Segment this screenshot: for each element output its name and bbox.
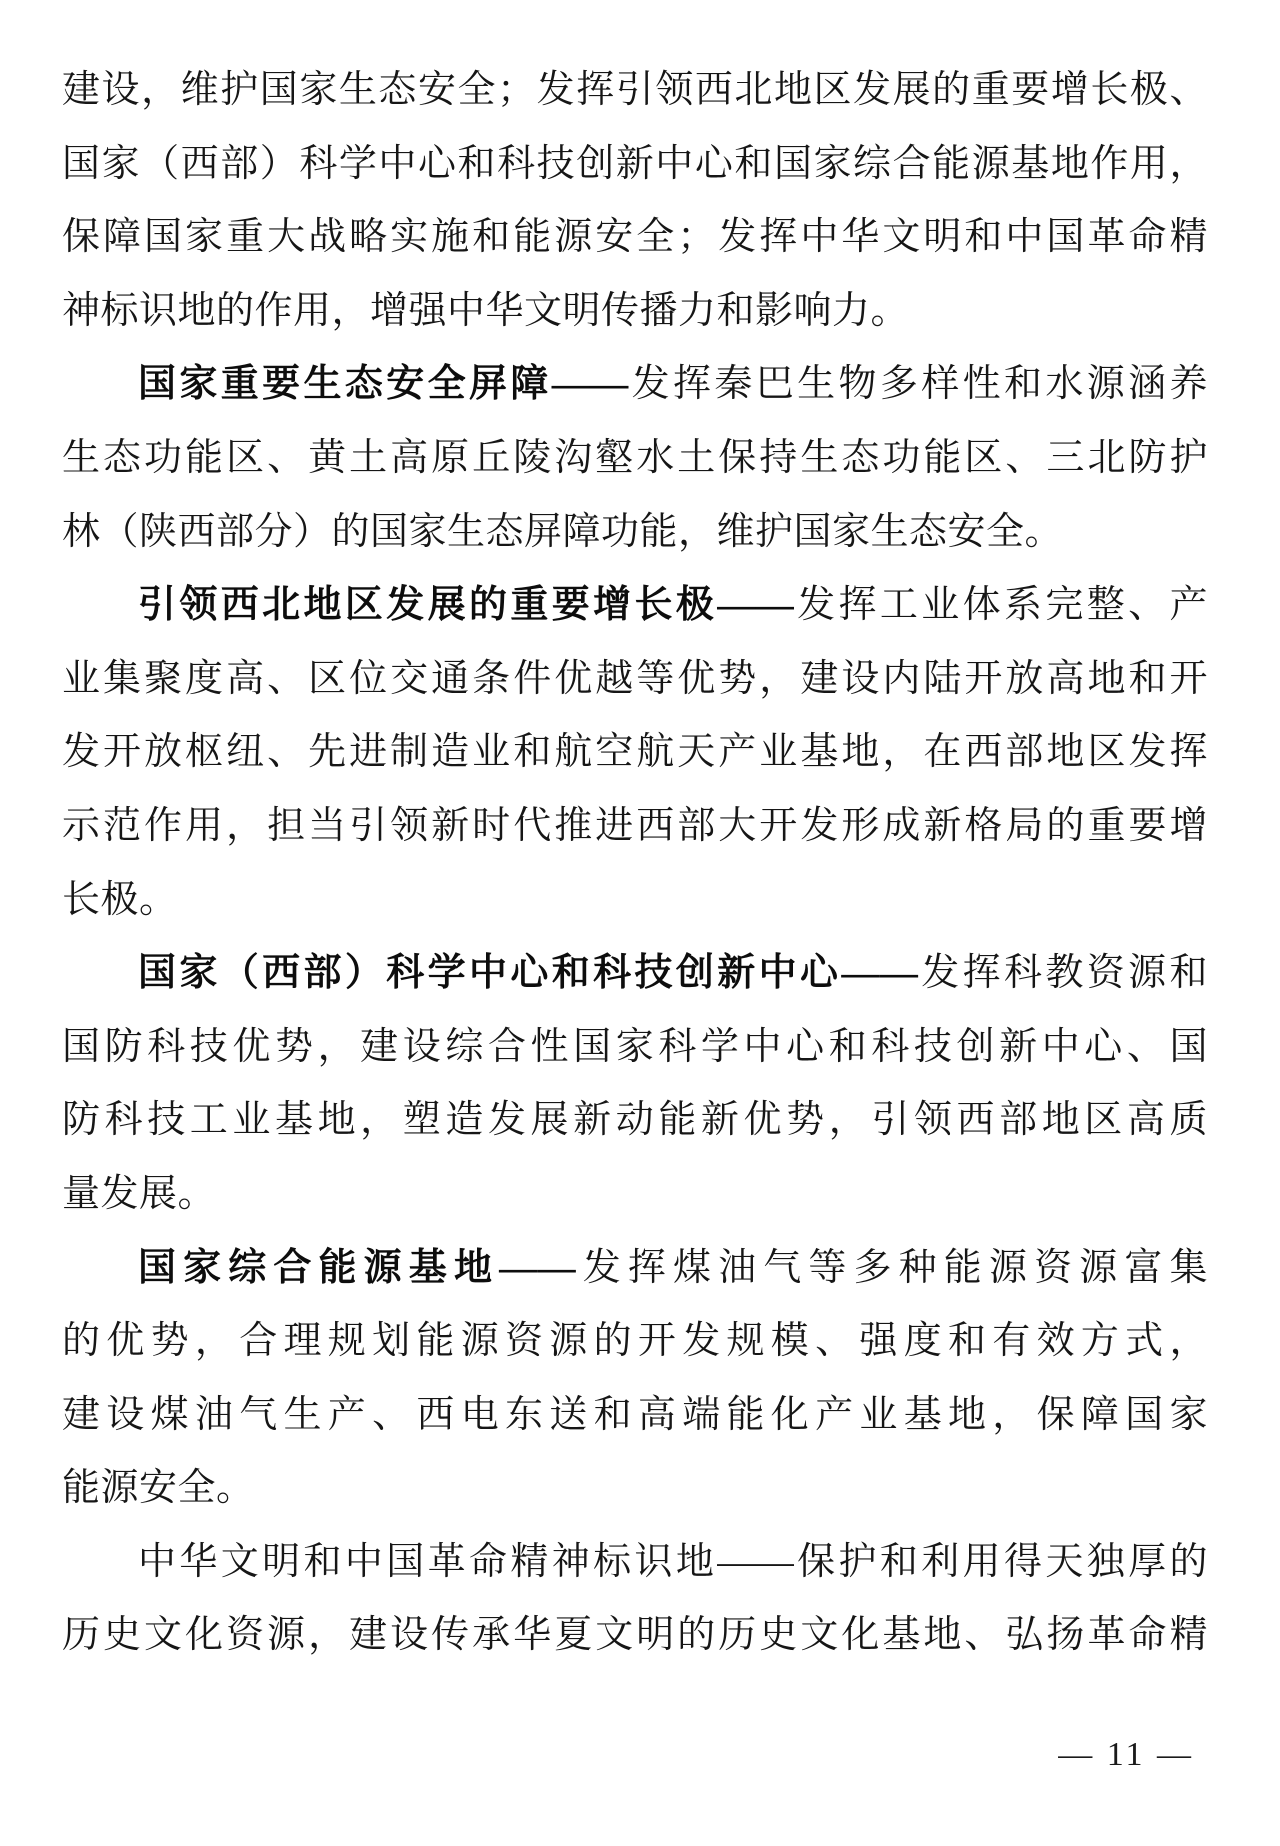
text-line: 长极。 [62, 864, 1208, 938]
text-line: 业集聚度高、区位交通条件优越等优势，建设内陆开放高地和开 [62, 643, 1208, 717]
text-line: 建设，维护国家生态安全；发挥引领西北地区发展的重要增长极、 [62, 54, 1208, 128]
text-line: 的优势，合理规划能源资源的开发规模、强度和有效方式， [62, 1305, 1208, 1379]
document-page: 建设，维护国家生态安全；发挥引领西北地区发展的重要增长极、 国家（西部）科学中心… [0, 0, 1280, 1846]
paragraph-lead-rest: 发挥工业体系完整、产 [794, 584, 1208, 626]
paragraph: 引领西北地区发展的重要增长极——发挥工业体系完整、产 业集聚度高、区位交通条件优… [62, 569, 1208, 937]
paragraph: 国家综合能源基地——发挥煤油气等多种能源资源富集 的优势，合理规划能源资源的开发… [62, 1232, 1208, 1526]
paragraph-lead-rest: 发挥科教资源和 [918, 952, 1208, 994]
paragraph-lead-bold: 国家综合能源基地—— [138, 1247, 576, 1289]
paragraph-lead-bold: 引领西北地区发展的重要增长极—— [138, 584, 794, 626]
text-line: 保障国家重大战略实施和能源安全；发挥中华文明和中国革命精 [62, 201, 1208, 275]
text-block: 建设，维护国家生态安全；发挥引领西北地区发展的重要增长极、 国家（西部）科学中心… [62, 54, 1208, 1673]
text-line: 林（陕西部分）的国家生态屏障功能，维护国家生态安全。 [62, 496, 1208, 570]
text-line: 国家综合能源基地——发挥煤油气等多种能源资源富集 [62, 1232, 1208, 1306]
paragraph: 国家重要生态安全屏障——发挥秦巴生物多样性和水源涵养 生态功能区、黄土高原丘陵沟… [62, 348, 1208, 569]
paragraph: 国家（西部）科学中心和科技创新中心——发挥科教资源和 国防科技优势，建设综合性国… [62, 937, 1208, 1231]
text-line: 防科技工业基地，塑造发展新动能新优势，引领西部地区高质 [62, 1084, 1208, 1158]
text-line: 示范作用，担当引领新时代推进西部大开发形成新格局的重要增 [62, 790, 1208, 864]
text-line: 能源安全。 [62, 1452, 1208, 1526]
paragraph-lead-rest: 发挥煤油气等多种能源资源富集 [576, 1247, 1208, 1289]
paragraph-lead-bold: 国家重要生态安全屏障—— [138, 363, 629, 405]
text-line: 量发展。 [62, 1158, 1208, 1232]
text-line: 国家重要生态安全屏障——发挥秦巴生物多样性和水源涵养 [62, 348, 1208, 422]
text-line: 国家（西部）科学中心和科技创新中心和国家综合能源基地作用， [62, 128, 1208, 202]
text-line: 神标识地的作用，增强中华文明传播力和影响力。 [62, 275, 1208, 349]
page-number: — 11 — [1058, 1736, 1194, 1774]
text-line: 历史文化资源，建设传承华夏文明的历史文化基地、弘扬革命精 [62, 1599, 1208, 1673]
text-line: 中华文明和中国革命精神标识地——保护和利用得天独厚的 [62, 1526, 1208, 1600]
paragraph-lead-rest: 发挥秦巴生物多样性和水源涵养 [629, 363, 1208, 405]
paragraph: 建设，维护国家生态安全；发挥引领西北地区发展的重要增长极、 国家（西部）科学中心… [62, 54, 1208, 348]
text-line: 引领西北地区发展的重要增长极——发挥工业体系完整、产 [62, 569, 1208, 643]
paragraph: 中华文明和中国革命精神标识地——保护和利用得天独厚的 历史文化资源，建设传承华夏… [62, 1526, 1208, 1673]
text-line: 建设煤油气生产、西电东送和高端能化产业基地，保障国家 [62, 1379, 1208, 1453]
paragraph-lead-rest: 中华文明和中国革命精神标识地——保护和利用得天独厚的 [138, 1541, 1208, 1583]
text-line: 生态功能区、黄土高原丘陵沟壑水土保持生态功能区、三北防护 [62, 422, 1208, 496]
text-line: 国家（西部）科学中心和科技创新中心——发挥科教资源和 [62, 937, 1208, 1011]
paragraph-lead-bold: 国家（西部）科学中心和科技创新中心—— [138, 952, 918, 994]
text-line: 发开放枢纽、先进制造业和航空航天产业基地，在西部地区发挥 [62, 716, 1208, 790]
text-line: 国防科技优势，建设综合性国家科学中心和科技创新中心、国 [62, 1011, 1208, 1085]
